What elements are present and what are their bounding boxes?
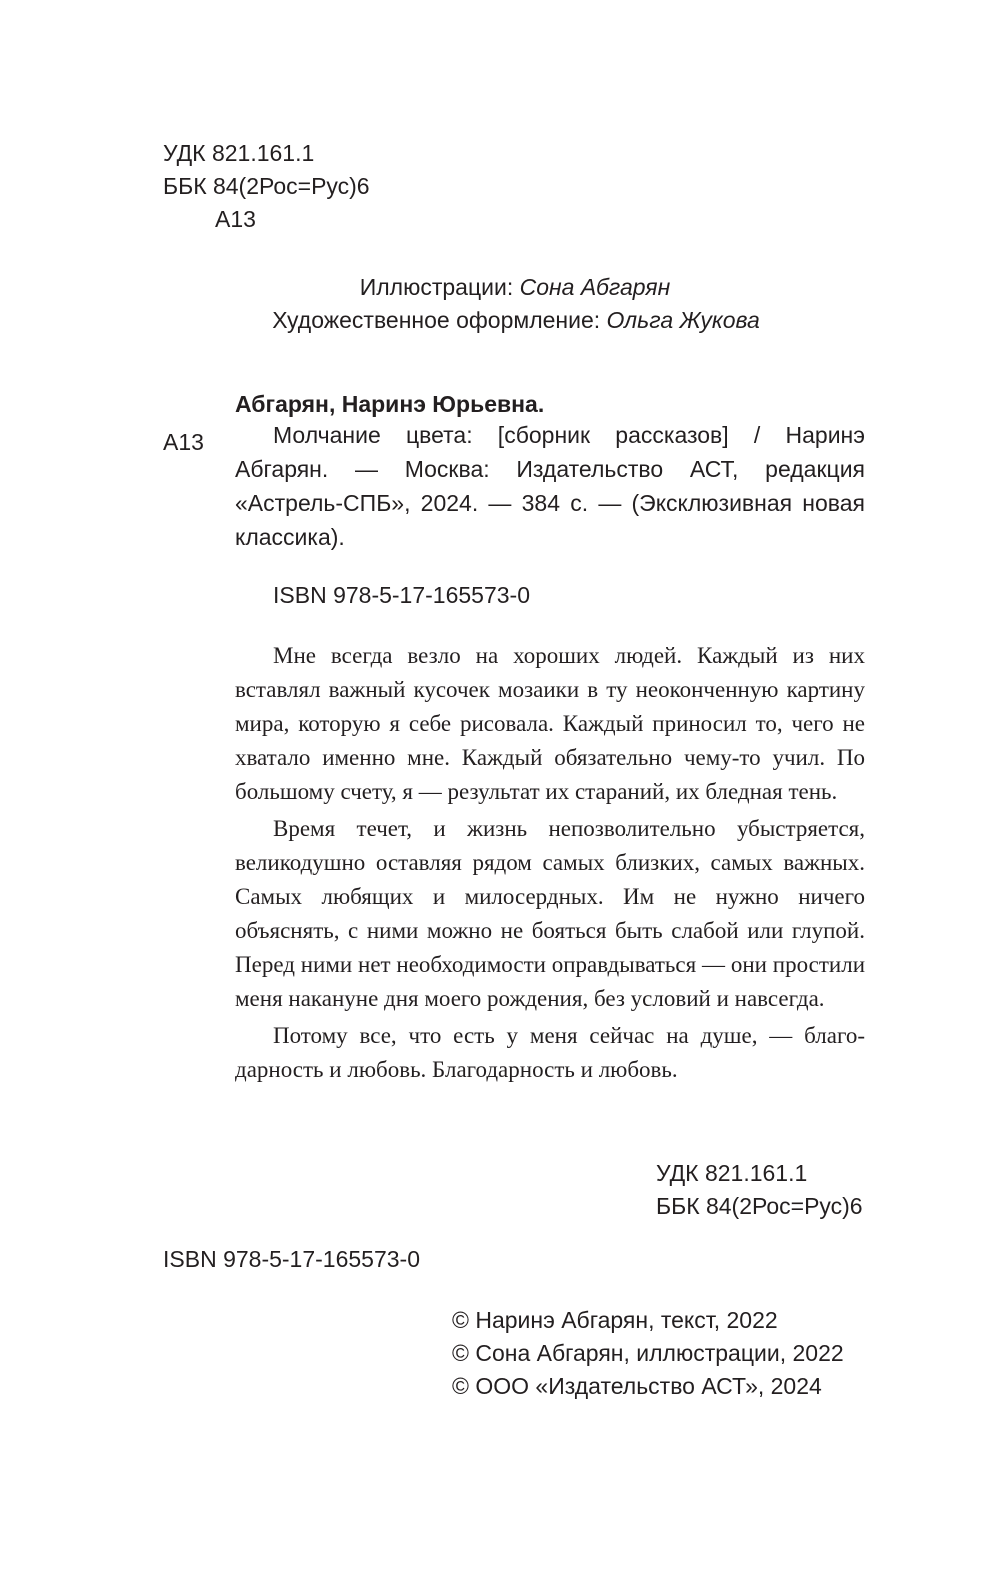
annotation-paragraph: Потому все, что есть у меня сейчас на ду… <box>235 1019 865 1087</box>
annotation-paragraph: Время течет, и жизнь непозволительно убы… <box>235 812 865 1016</box>
catalog-description-text: Молчание цвета: [сборник рассказов] / На… <box>235 422 865 550</box>
udk-code-bottom: УДК 821.161.1 <box>656 1157 807 1190</box>
illustrations-credit: Иллюстрации: Сона Абгарян <box>0 271 1000 304</box>
isbn-catalog: ISBN 978-5-17-165573-0 <box>273 579 530 612</box>
credits-block: Иллюстрации: Сона Абгарян Художественное… <box>0 271 1000 337</box>
illustrations-label: Иллюстрации: <box>360 274 520 300</box>
copyright-line: © ООО «Издательство АСТ», 2024 <box>452 1370 844 1403</box>
bbk-code-top: ББК 84(2Рос=Рус)6 <box>163 170 370 203</box>
catalog-description: Молчание цвета: [сборник рассказов] / На… <box>235 418 865 554</box>
isbn-bottom: ISBN 978-5-17-165573-0 <box>163 1243 420 1276</box>
copyright-block: © Наринэ Абгарян, текст, 2022 © Сона Абг… <box>452 1304 844 1403</box>
designer-name: Ольга Жукова <box>607 307 760 333</box>
author-mark-side: А13 <box>163 426 204 459</box>
author-mark-top: А13 <box>215 203 256 236</box>
catalog-author: Абгарян, Наринэ Юрьевна. <box>235 388 544 421</box>
copyright-line: © Наринэ Абгарян, текст, 2022 <box>452 1304 844 1337</box>
annotation: Мне всегда везло на хороших людей. Кажды… <box>235 639 865 1090</box>
copyright-line: © Сона Абгарян, иллюстрации, 2022 <box>452 1337 844 1370</box>
udk-code-top: УДК 821.161.1 <box>163 137 314 170</box>
design-label: Художественное оформление: <box>272 307 606 333</box>
illustrator-name: Сона Абгарян <box>520 274 671 300</box>
bbk-code-bottom: ББК 84(2Рос=Рус)6 <box>656 1190 863 1223</box>
design-credit: Художественное оформление: Ольга Жукова <box>0 304 1000 337</box>
annotation-paragraph: Мне всегда везло на хороших людей. Кажды… <box>235 639 865 809</box>
